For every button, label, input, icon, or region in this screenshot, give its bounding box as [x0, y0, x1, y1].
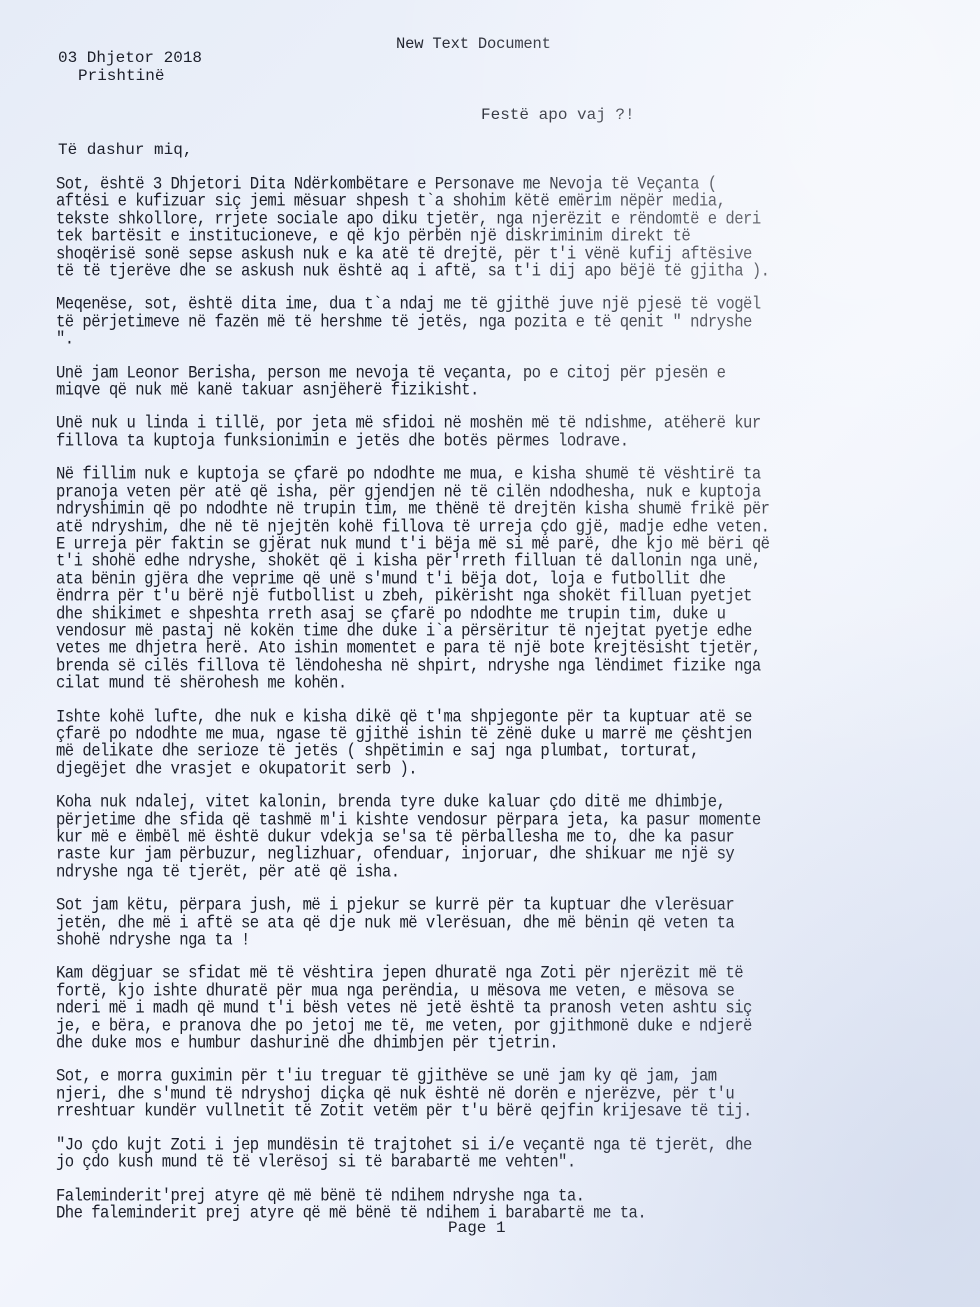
letter-paragraph: Ishte kohë lufte, dhe nuk e kisha dikë q… [56, 708, 936, 778]
letter-paragraph: Sot jam këtu, përpara jush, më i pjekur … [56, 896, 936, 948]
letter-paragraph: Kam dëgjuar se sfidat më të vështira jep… [56, 964, 936, 1051]
letter-place: Prishtinë [78, 67, 164, 85]
text-line: të të tjerëve dhe se askush nuk është aq… [56, 262, 936, 281]
text-line: shohë ndryshe nga ta ! [56, 931, 936, 950]
letter-paragraph: Koha nuk ndalej, vitet kalonin, brenda t… [56, 793, 936, 880]
letter-greeting: Të dashur miq, [58, 141, 192, 159]
letter-body: Sot, është 3 Dhjetori Dita Ndërkombëtare… [56, 175, 936, 1237]
text-line: miqve që nuk më kanë takuar asnjëherë fi… [56, 381, 936, 400]
text-line: rreshtuar kundër vullnetit të Zotit vetë… [56, 1102, 936, 1121]
letter-paragraph: Sot, është 3 Dhjetori Dita Ndërkombëtare… [56, 175, 936, 279]
letter-paragraph: "Jo çdo kujt Zoti i jep mundësin të traj… [56, 1136, 936, 1171]
printed-document-page: New Text Document 03 Dhjetor 2018 Prisht… [0, 0, 980, 1307]
letter-paragraph: Faleminderit'prej atyre që më bënë të nd… [56, 1187, 936, 1222]
letter-subject: Festë apo vaj ?! [481, 106, 635, 124]
page-number: Page 1 [448, 1219, 506, 1237]
document-header-title: New Text Document [396, 35, 551, 53]
text-line: djegëjet dhe vrasjet e okupatorit serb )… [56, 760, 936, 779]
letter-date: 03 Dhjetor 2018 [58, 49, 202, 67]
text-line: cilat mund të shërohesh me kohën. [56, 674, 936, 693]
letter-paragraph: Në fillim nuk e kuptoja se çfarë po ndod… [56, 465, 936, 691]
letter-paragraph: Meqenëse, sot, është dita ime, dua t`a n… [56, 295, 936, 347]
letter-paragraph: Unë jam Leonor Berisha, person me nevoja… [56, 364, 936, 399]
text-line: fillova ta kuptoja funksionimin e jetës … [56, 432, 936, 451]
text-line: jo çdo kush mund të të vlerësoj si të ba… [56, 1153, 936, 1172]
letter-paragraph: Sot, e morra guximin për t'iu treguar të… [56, 1067, 936, 1119]
text-line: ". [56, 330, 936, 349]
text-line: ndryshe nga të tjerët, për atë që isha. [56, 863, 936, 882]
text-line: dhe duke mos e humbur dashurinë dhe dhim… [56, 1034, 936, 1053]
letter-paragraph: Unë nuk u linda i tillë, por jeta më sfi… [56, 414, 936, 449]
